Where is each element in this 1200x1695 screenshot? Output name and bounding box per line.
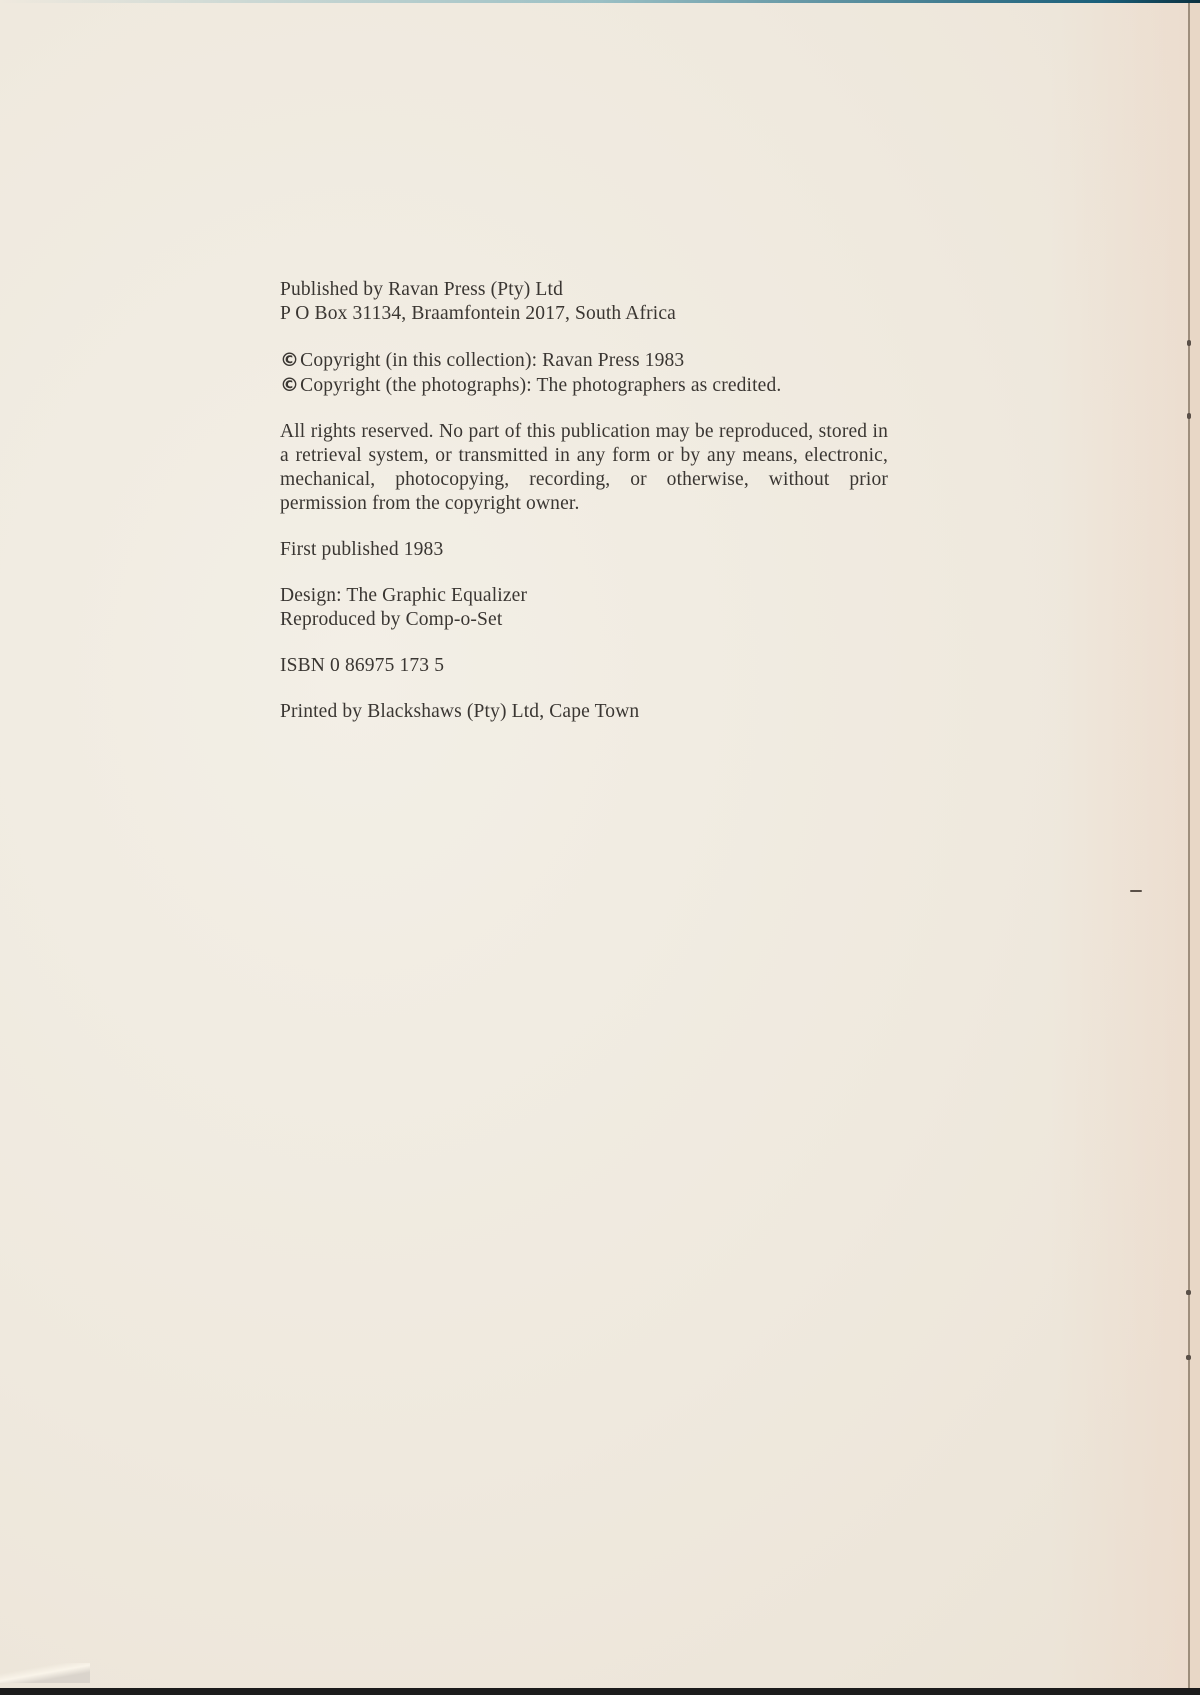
first-published: First published 1983 — [280, 538, 888, 562]
paper-mark — [1130, 890, 1142, 892]
edge-mark — [1186, 1290, 1191, 1295]
reproduction-credit: Reproduced by Comp-o-Set — [280, 608, 888, 632]
page-curl — [0, 1663, 90, 1683]
page-top-edge — [0, 0, 1200, 3]
page-bottom-edge — [0, 1688, 1200, 1695]
rights-notice: All rights reserved. No part of this pub… — [280, 420, 888, 516]
edge-mark — [1187, 413, 1191, 419]
isbn: ISBN 0 86975 173 5 — [280, 654, 888, 678]
copyright-photographs: Copyright (the photographs): The photogr… — [300, 375, 781, 396]
copyright-icon: © — [280, 374, 299, 396]
credits-block: Design: The Graphic Equalizer Reproduced… — [280, 584, 888, 632]
publisher-block: Published by Ravan Press (Pty) Ltd P O B… — [280, 278, 888, 326]
design-credit: Design: The Graphic Equalizer — [280, 584, 888, 608]
edge-mark — [1186, 1355, 1191, 1360]
book-page: Published by Ravan Press (Pty) Ltd P O B… — [0, 0, 1190, 1690]
printer-credit: Printed by Blackshaws (Pty) Ltd, Cape To… — [280, 700, 888, 724]
copyright-collection: Copyright (in this collection): Ravan Pr… — [300, 350, 684, 371]
copyright-collection-line: ©Copyright (in this collection): Ravan P… — [280, 348, 888, 373]
copyright-block: ©Copyright (in this collection): Ravan P… — [280, 348, 888, 398]
isbn-block: ISBN 0 86975 173 5 — [280, 654, 888, 678]
publisher-address: P O Box 31134, Braamfontein 2017, South … — [280, 302, 888, 326]
page-edge-strip — [1190, 0, 1200, 1695]
first-published-text: First published 1983 — [280, 538, 888, 562]
edge-mark — [1187, 340, 1191, 346]
copyright-photographs-line: ©Copyright (the photographs): The photog… — [280, 373, 888, 398]
publisher-name: Published by Ravan Press (Pty) Ltd — [280, 278, 888, 302]
imprint-page-content: Published by Ravan Press (Pty) Ltd P O B… — [280, 278, 888, 746]
printer-block: Printed by Blackshaws (Pty) Ltd, Cape To… — [280, 700, 888, 724]
page-fold-line — [1188, 0, 1190, 1695]
copyright-icon: © — [280, 349, 299, 371]
